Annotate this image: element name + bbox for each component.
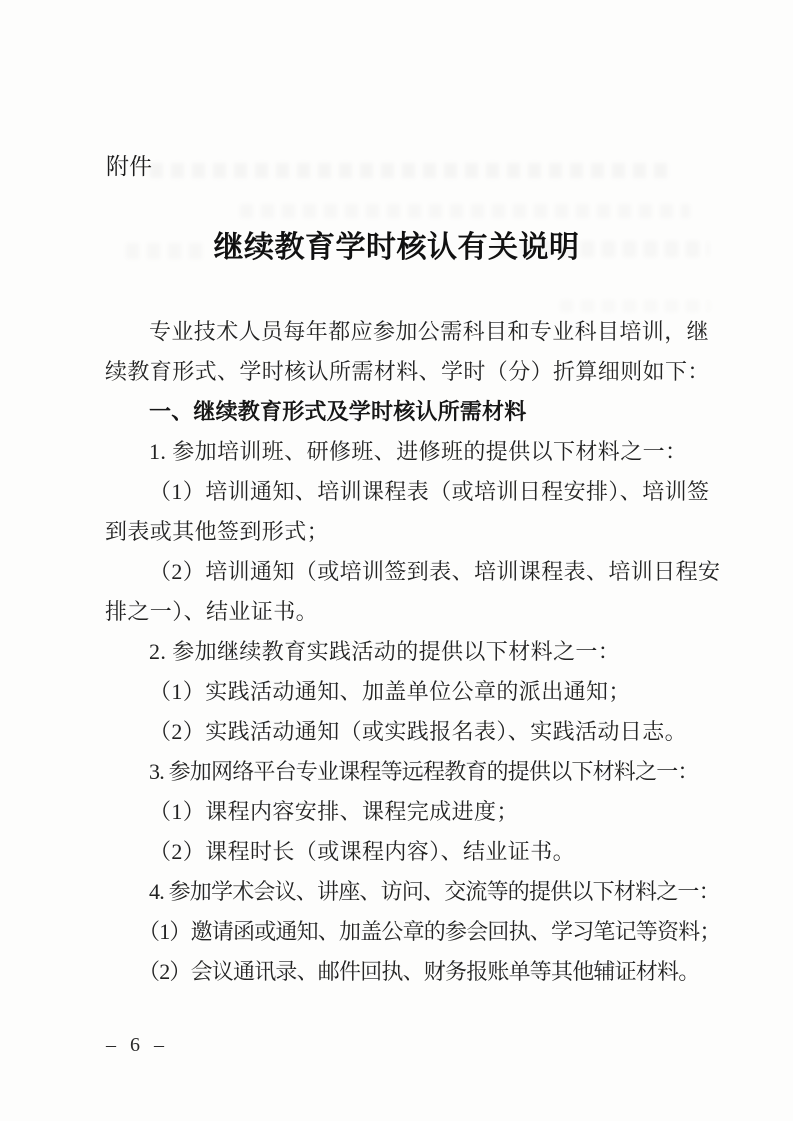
body-line: （1）培训通知、培训课程表（或培训日程安排）、培训签	[105, 472, 705, 512]
body-line: 一、继续教育形式及学时核认所需材料	[105, 392, 705, 432]
body-line: （1）实践活动通知、加盖单位公章的派出通知；	[105, 672, 705, 712]
body-line: 专业技术人员每年都应参加公需科目和专业科目培训，继	[105, 312, 705, 352]
scan-artifact	[150, 163, 670, 178]
body-line: 到表或其他签到形式；	[105, 512, 705, 552]
scanned-document-page: 附件 继续教育学时核认有关说明 专业技术人员每年都应参加公需科目和专业科目培训，…	[0, 0, 793, 1121]
body-line: （1）邀请函或通知、加盖公章的参会回执、学习笔记等资料；	[105, 912, 705, 952]
document-body: 专业技术人员每年都应参加公需科目和专业科目培训，继续教育形式、学时核认所需材料、…	[105, 312, 705, 992]
document-title: 继续教育学时核认有关说明	[0, 222, 793, 266]
body-line: （2）课程时长（或课程内容）、结业证书。	[105, 832, 705, 872]
body-line: （2）实践活动通知（或实践报名表）、实践活动日志。	[105, 712, 705, 752]
scan-artifact	[240, 204, 690, 218]
body-line: （1）课程内容安排、课程完成进度；	[105, 792, 705, 832]
body-line: 3. 参加网络平台专业课程等远程教育的提供以下材料之一：	[105, 752, 705, 792]
page-number: – 6 –	[106, 1034, 166, 1057]
body-line: 排之一）、结业证书。	[105, 592, 705, 632]
body-line: 1. 参加培训班、研修班、进修班的提供以下材料之一：	[105, 432, 705, 472]
body-line: 4. 参加学术会议、讲座、访问、交流等的提供以下材料之一：	[105, 872, 705, 912]
body-line: 续教育形式、学时核认所需材料、学时（分）折算细则如下：	[105, 352, 705, 392]
body-line: （2）培训通知（或培训签到表、培训课程表、培训日程安	[105, 552, 705, 592]
body-line: 2. 参加继续教育实践活动的提供以下材料之一：	[105, 632, 705, 672]
scan-artifact	[560, 300, 710, 312]
attachment-label: 附件	[106, 153, 152, 179]
body-line: （2）会议通讯录、邮件回执、财务报账单等其他辅证材料。	[105, 952, 705, 992]
